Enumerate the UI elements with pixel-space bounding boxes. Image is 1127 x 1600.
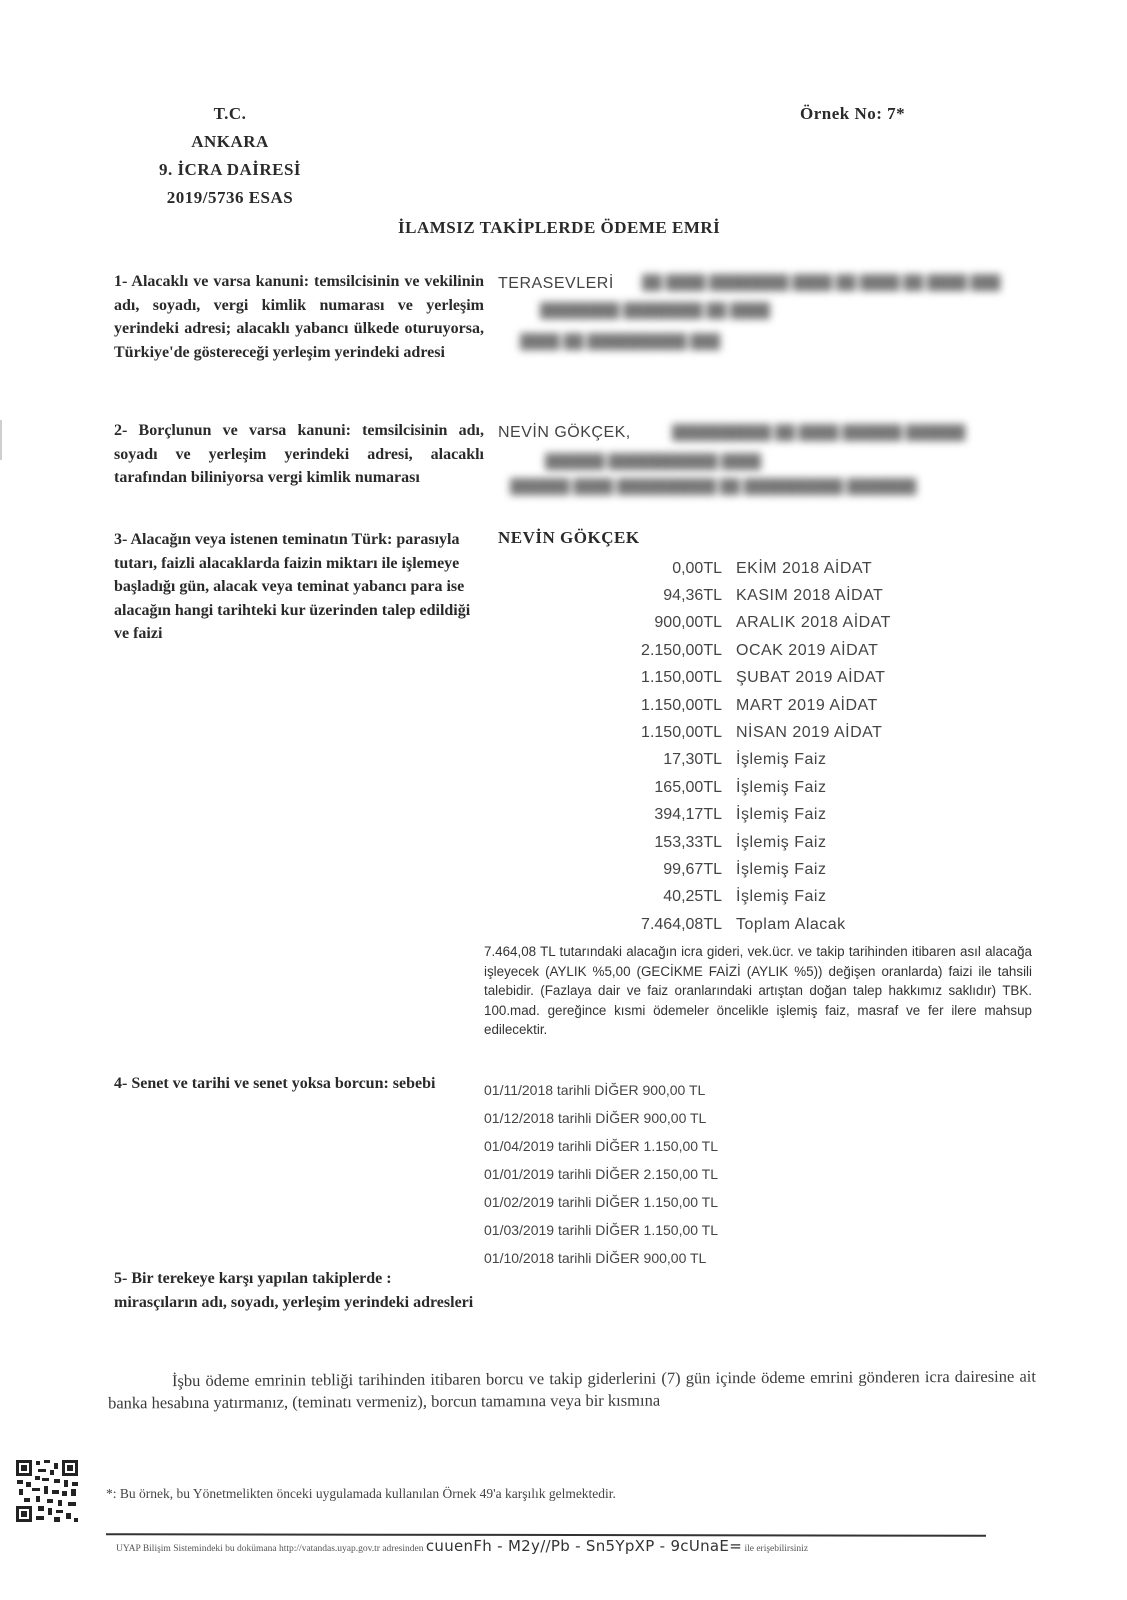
claim-item: 0,00TLEKİM 2018 AİDAT	[600, 555, 940, 582]
claim-desc: İşlemiş Faiz	[736, 751, 826, 769]
debt-reason-item: 01/10/2018 tarihli DİĞER 900,00 TL	[484, 1244, 718, 1272]
claim-desc: İşlemiş Faiz	[736, 779, 826, 797]
claim-amount: 0,00TL	[600, 560, 736, 578]
creditor-redacted-2: ████████ ████████ ██ ████	[540, 297, 770, 324]
claim-total-desc: Toplam Alacak	[736, 916, 846, 934]
claim-amount: 394,17TL	[600, 806, 736, 824]
claim-amount: 165,00TL	[600, 779, 736, 797]
claim-item: 153,33TLİşlemiş Faiz	[600, 829, 940, 856]
debt-reason-item: 01/04/2019 tarihli DİĞER 1.150,00 TL	[484, 1132, 718, 1160]
claim-item: 40,25TLİşlemiş Faiz	[600, 884, 940, 911]
claim-desc: ŞUBAT 2019 AİDAT	[736, 669, 885, 687]
debt-reason-item: 01/11/2018 tarihli DİĞER 900,00 TL	[484, 1076, 718, 1104]
claim-item: 17,30TLİşlemiş Faiz	[600, 747, 940, 774]
claim-item: 900,00TLARALIK 2018 AİDAT	[600, 610, 940, 637]
claim-item: 165,00TLİşlemiş Faiz	[600, 774, 940, 801]
qr-code-icon	[14, 1458, 80, 1524]
claim-items-list: 0,00TLEKİM 2018 AİDAT 94,36TLKASIM 2018 …	[600, 555, 940, 938]
claim-item: 1.150,00TLMART 2019 AİDAT	[600, 692, 940, 719]
section-5-label: 5- Bir terekeye karşı yapılan takiplerde…	[114, 1267, 474, 1314]
claim-amount: 2.150,00TL	[600, 642, 736, 660]
claim-item: 394,17TLİşlemiş Faiz	[600, 802, 940, 829]
header-line-city: ANKARA	[120, 128, 340, 156]
interest-statement: 7.464,08 TL tutarındaki alacağın icra gi…	[484, 942, 1032, 1040]
claim-amount: 94,36TL	[600, 587, 736, 605]
document-title: İLAMSIZ TAKİPLERDE ÖDEME EMRİ	[398, 218, 720, 238]
claim-desc: ARALIK 2018 AİDAT	[736, 614, 891, 632]
claim-desc: EKİM 2018 AİDAT	[736, 560, 872, 578]
claim-amount: 99,67TL	[600, 861, 736, 879]
footnote: *: Bu örnek, bu Yönetmelikten önceki uyg…	[106, 1486, 616, 1502]
claim-desc: KASIM 2018 AİDAT	[736, 587, 883, 605]
section-1-label: 1- Alacaklı ve varsa kanuni: temsilcisin…	[114, 270, 484, 364]
claim-total: 7.464,08TLToplam Alacak	[600, 911, 940, 938]
uyap-verification: UYAP Bilişim Sistemindeki bu dokümana ht…	[116, 1537, 808, 1555]
claim-amount: 153,33TL	[600, 834, 736, 852]
debt-reason-item: 01/12/2018 tarihli DİĞER 900,00 TL	[484, 1104, 718, 1132]
section-3-debtor: NEVİN GÖKÇEK	[498, 528, 640, 548]
claim-total-amount: 7.464,08TL	[600, 916, 736, 934]
claim-item: 2.150,00TLOCAK 2019 AİDAT	[600, 637, 940, 664]
claim-item: 94,36TLKASIM 2018 AİDAT	[600, 582, 940, 609]
claim-item: 1.150,00TLNİSAN 2019 AİDAT	[600, 719, 940, 746]
section-2-label: 2- Borçlunun ve varsa kanuni: temsilcisi…	[114, 419, 484, 490]
creditor-redacted-3: ████ ██ ██████████ ███	[520, 328, 720, 355]
debt-reason-item: 01/03/2019 tarihli DİĞER 1.150,00 TL	[484, 1216, 718, 1244]
claim-desc: MART 2019 AİDAT	[736, 697, 878, 715]
claim-desc: İşlemiş Faiz	[736, 861, 826, 879]
debtor-redacted-1: ██████████ ██ ████ ██████ ██████	[672, 419, 965, 446]
uyap-verification-code: cuuenFh - M2y//Pb - Sn5YpXP - 9cUnaE=	[426, 1537, 742, 1555]
payment-instruction-paragraph: İşbu ödeme emrinin tebliği tarihinden it…	[108, 1366, 1036, 1415]
debt-reasons-list: 01/11/2018 tarihli DİĞER 900,00 TL 01/12…	[484, 1076, 718, 1272]
scan-edge-mark	[0, 420, 2, 460]
claim-item: 99,67TLİşlemiş Faiz	[600, 856, 940, 883]
claim-amount: 17,30TL	[600, 751, 736, 769]
claim-desc: NİSAN 2019 AİDAT	[736, 724, 882, 742]
header-line-case-no: 2019/5736 ESAS	[120, 184, 340, 212]
claim-desc: İşlemiş Faiz	[736, 806, 826, 824]
debt-reason-item: 01/01/2019 tarihli DİĞER 2.150,00 TL	[484, 1160, 718, 1188]
qr-code	[14, 1458, 80, 1524]
header-line-tc: T.C.	[120, 100, 340, 128]
claim-desc: OCAK 2019 AİDAT	[736, 642, 878, 660]
uyap-prefix: UYAP Bilişim Sistemindeki bu dokümana ht…	[116, 1544, 423, 1554]
claim-amount: 1.150,00TL	[600, 669, 736, 687]
claim-amount: 1.150,00TL	[600, 724, 736, 742]
section-3-label: 3- Alacağın veya istenen teminatın Türk:…	[114, 528, 486, 646]
debtor-name: NEVİN GÖKÇEK,	[498, 424, 631, 442]
debt-reason-item: 01/02/2019 tarihli DİĞER 1.150,00 TL	[484, 1188, 718, 1216]
header-line-office: 9. İCRA DAİRESİ	[120, 156, 340, 184]
creditor-redacted-1: ██ ████ ████████ ████ ██ ████ ██ ████ ██…	[642, 269, 1000, 296]
claim-amount: 1.150,00TL	[600, 697, 736, 715]
section-4-label: 4- Senet ve tarihi ve senet yoksa borcun…	[114, 1072, 486, 1096]
payment-instruction-text: İşbu ödeme emrinin tebliği tarihinden it…	[108, 1367, 1036, 1413]
creditor-name: TERASEVLERİ	[498, 275, 614, 293]
interest-text: 7.464,08 TL tutarındaki alacağın icra gi…	[484, 942, 1032, 1040]
debtor-redacted-2: ██████ ███████████ ████	[545, 448, 761, 475]
form-number: Örnek No: 7*	[800, 104, 905, 124]
claim-amount: 40,25TL	[600, 888, 736, 906]
claim-item: 1.150,00TLŞUBAT 2019 AİDAT	[600, 665, 940, 692]
claim-desc: İşlemiş Faiz	[736, 834, 826, 852]
debtor-redacted-3: ██████ ████ ██████████ ██ ██████████ ███…	[510, 473, 916, 500]
claim-desc: İşlemiş Faiz	[736, 888, 826, 906]
claim-amount: 900,00TL	[600, 614, 736, 632]
court-header: T.C. ANKARA 9. İCRA DAİRESİ 2019/5736 ES…	[120, 100, 340, 212]
uyap-suffix: ile erişebilirsiniz	[744, 1544, 808, 1554]
